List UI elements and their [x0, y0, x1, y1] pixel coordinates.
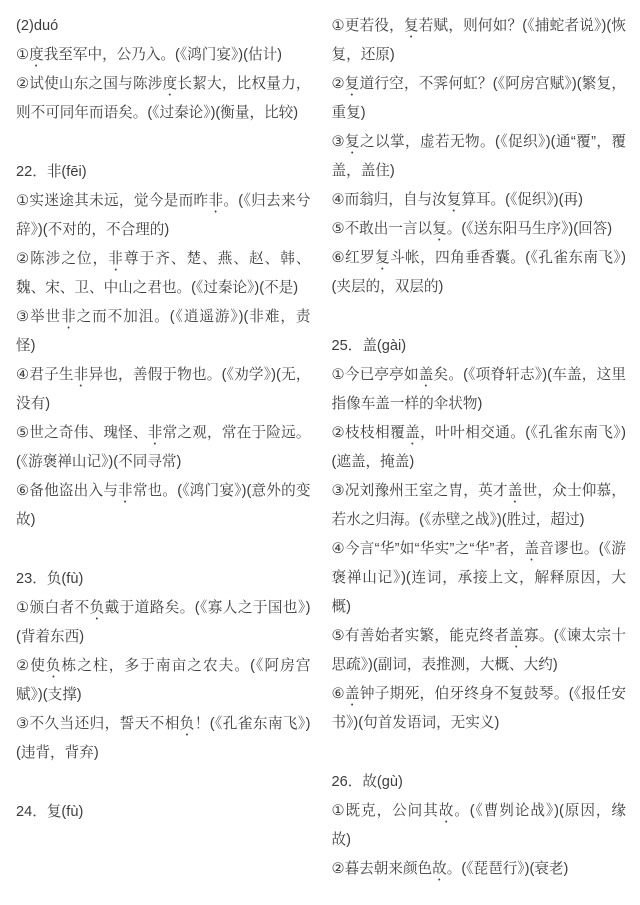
glossary-entry-line: ②暮去朝来颜色故。(《琵琶行》)(衰老)	[332, 855, 627, 884]
glossary-entry-line: ②陈涉之位，非尊于齐、楚、燕、赵、韩、魏、宋、卫、中山之君也。(《过秦论》)(不…	[16, 245, 311, 303]
emphasis-dot-char: 负	[46, 658, 62, 674]
glossary-entry-line: ①颁白者不负戴于道路矣。(《寡人之于国也》)(背着东西)	[16, 594, 311, 652]
glossary-entry-line: ⑤不敢出一言以复。(《送东阳马生序》)(回答)	[332, 215, 627, 244]
section-heading: 24．复(fù)	[16, 798, 311, 827]
glossary-entry-line: ①度我至军中，公乃入。(《鸿门宴》)(估计)	[16, 41, 311, 70]
glossary-entry-line: ⑥红罗复斗帐，四角垂香囊。(《孔雀东南飞》)(夹层的，双层的)	[332, 244, 627, 302]
glossary-entry-line: ④今言“华”如“华实”之“华”者，盖音谬也。(《游褒禅山记》)(连词，承接上文，…	[332, 535, 627, 622]
glossary-entry-line: ②枝枝相覆盖，叶叶相交通。(《孔雀东南飞》)(遮盖，掩盖)	[332, 419, 627, 477]
glossary-entry-line: ③况刘豫州王室之胄，英才盖世，众士仰慕，若水之归海。(《赤壁之战》)(胜过，超过…	[332, 477, 627, 535]
glossary-entry-line: ②使负栋之柱，多于南亩之农夫。(《阿房宫赋》)(支撑)	[16, 652, 311, 710]
emphasis-dot-char: 故	[439, 803, 455, 819]
glossary-entry-line: ①既克，公问其故。(《曹刿论战》)(原因，缘故)	[332, 797, 627, 855]
glossary-entry-line: ③复之以掌，虚若无物。(《促织》)(通“覆”，覆盖，盖住)	[332, 128, 627, 186]
emphasis-dot-char: 负	[90, 600, 105, 616]
glossary-entry-line: ⑤有善始者实繁，能克终者盖寡。(《谏太宗十思疏》)(副词，表推测，大概、大约)	[332, 622, 627, 680]
section-heading: 23．负(fù)	[16, 565, 311, 594]
glossary-entry-line: ②复道行空，不霁何虹？(《阿房宫赋》)(繁复，重复)	[332, 70, 627, 128]
right-column: ①更若役，复若赋，则何如？(《捕蛇者说》)(恢复，还原)②复道行空，不霁何虹？(…	[332, 12, 627, 905]
emphasis-dot-char: 盖	[524, 541, 539, 557]
glossary-entry-line: ⑤世之奇伟、瑰怪、非常之观，常在于险远。(《游褒禅山记》)(不同寻常)	[16, 419, 311, 477]
emphasis-dot-char: 复	[404, 18, 419, 34]
emphasis-dot-char: 复	[345, 76, 360, 92]
emphasis-dot-char: 非	[108, 251, 124, 267]
two-column-layout: (2)duó①度我至军中，公乃入。(《鸿门宴》)(估计)②试使山东之国与陈涉度长…	[0, 0, 640, 905]
glossary-entry-line: ①更若役，复若赋，则何如？(《捕蛇者说》)(恢复，还原)	[332, 12, 627, 70]
section-heading: 25．盖(gài)	[332, 332, 627, 361]
glossary-entry-line: ③举世非之而不加沮。(《逍遥游》)(非难，责怪)	[16, 303, 311, 361]
emphasis-dot-char: 盖	[508, 483, 523, 499]
emphasis-dot-char: 复	[447, 192, 462, 208]
glossary-entry-line: ③不久当还归，誓天不相负！(《孔雀东南飞》)(违背，背弃)	[16, 710, 311, 768]
emphasis-dot-char: 非	[118, 483, 133, 499]
emphasis-dot-char: 复	[432, 221, 447, 237]
glossary-entry-line: ⑥备他盗出入与非常也。(《鸿门宴》)(意外的变故)	[16, 477, 311, 535]
glossary-entry-line: ⑥盖钟子期死，伯牙终身不复鼓琴。(《报任安书》)(句首发语词，无实义)	[332, 680, 627, 738]
emphasis-dot-char: 故	[432, 861, 447, 877]
emphasis-dot-char: 非	[61, 309, 77, 325]
section-heading: (2)duó	[16, 12, 311, 41]
emphasis-dot-char: 复	[375, 250, 390, 266]
emphasis-dot-char: 盖	[405, 425, 420, 441]
glossary-entry-line: ④而翁归，自与汝复算耳。(《促织》)(再)	[332, 186, 627, 215]
emphasis-dot-char: 度	[163, 76, 178, 92]
glossary-entry-line: ④君子生非异也，善假于物也。(《劝学》)(无，没有)	[16, 361, 311, 419]
emphasis-dot-char: 非	[74, 367, 89, 383]
glossary-entry-line: ①今已亭亭如盖矣。(《项脊轩志》)(车盖，这里指像车盖一样的伞状物)	[332, 361, 627, 419]
emphasis-dot-char: 负	[180, 716, 195, 732]
emphasis-dot-char: 盖	[345, 686, 360, 702]
emphasis-dot-char: 非	[208, 193, 223, 209]
glossary-entry-line: ①实迷途其未远，觉今是而昨非。(《归去来兮辞》)(不对的，不合理的)	[16, 187, 311, 245]
emphasis-dot-char: 盖	[509, 628, 524, 644]
emphasis-dot-char: 度	[29, 47, 44, 63]
section-heading: 22．非(fēi)	[16, 158, 311, 187]
emphasis-dot-char: 非	[148, 425, 163, 441]
section-heading: 26．故(gù)	[332, 768, 627, 797]
document-page: (2)duó①度我至军中，公乃入。(《鸿门宴》)(估计)②试使山东之国与陈涉度长…	[0, 0, 640, 905]
glossary-entry-line: ②试使山东之国与陈涉度长絜大，比权量力，则不可同年而语矣。(《过秦论》)(衡量，…	[16, 70, 311, 128]
emphasis-dot-char: 复	[345, 134, 360, 150]
emphasis-dot-char: 盖	[419, 367, 434, 383]
left-column: (2)duó①度我至军中，公乃入。(《鸿门宴》)(估计)②试使山东之国与陈涉度长…	[16, 12, 311, 905]
